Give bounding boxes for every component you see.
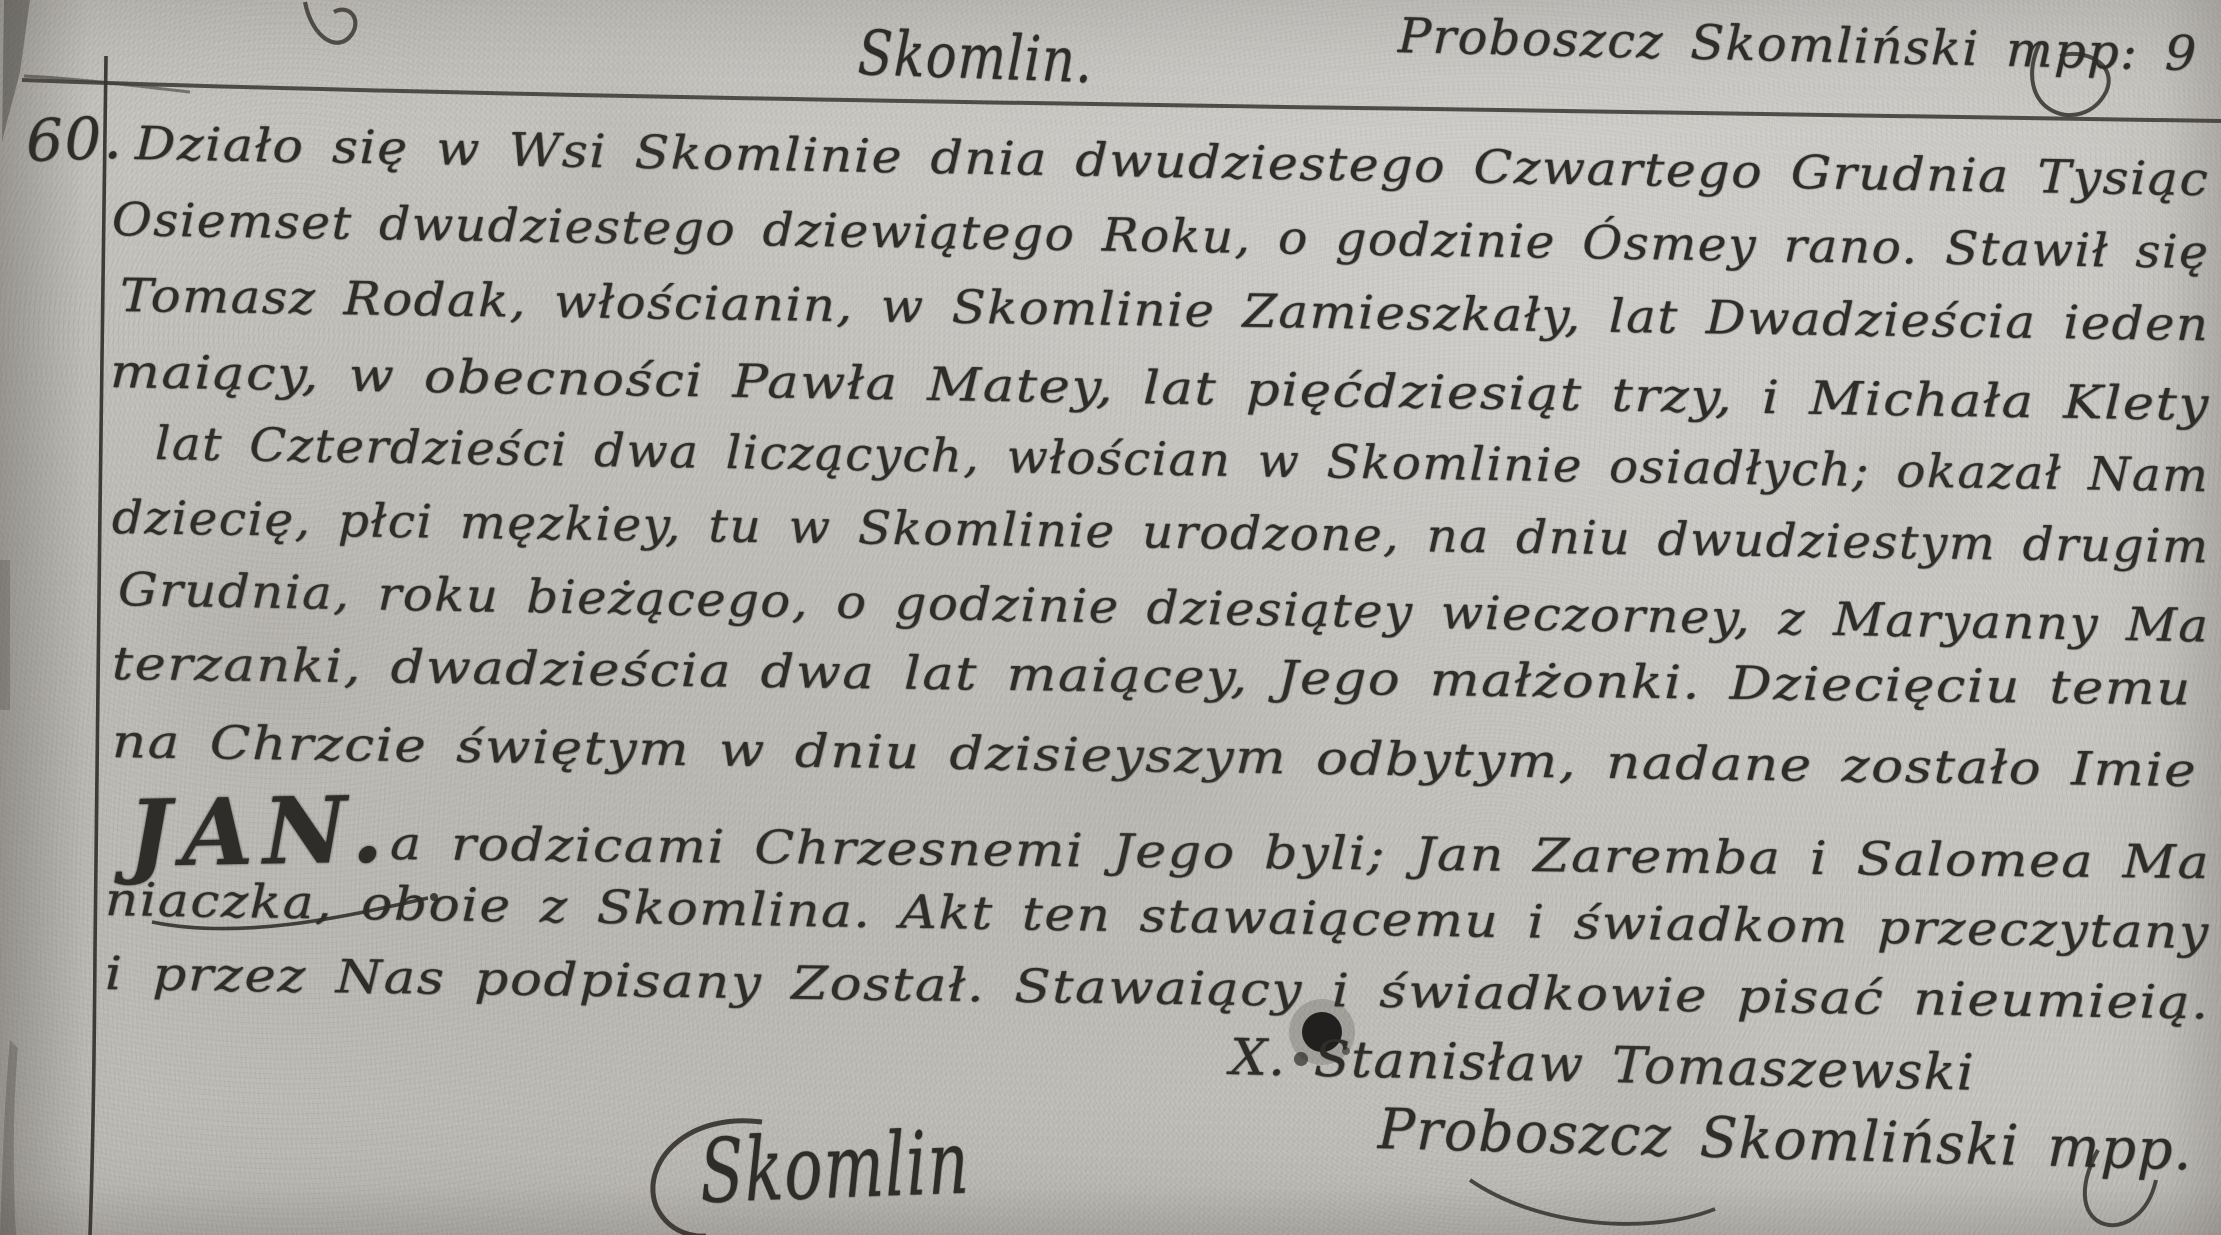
record-text-line: Grudnia, roku bieżącego, o godzinie dzie… — [118, 566, 2210, 649]
place-header: Skomlin. — [857, 22, 1094, 92]
scanned-register-page: 60. Skomlin. Proboszcz Skomliński mpp: 9… — [0, 0, 2221, 1235]
priest-note-top: Proboszcz Skomliński mpp: 9 — [1397, 12, 2198, 78]
edge-smudge-bottom — [0, 1040, 18, 1235]
record-text-line: na Chrzcie świętym w dniu dzisieyszym od… — [112, 718, 2198, 793]
signature-name: X. Stanisław Tomaszewski — [1229, 1032, 1975, 1098]
record-text-line: lat Czterdzieści dwa liczących, włościan… — [155, 420, 2210, 498]
place-footer: Skomlin — [698, 1119, 971, 1216]
record-text-line: dziecię, płci męzkiey, tu w Skomlinie ur… — [112, 494, 2210, 569]
record-text-line: niaczka, oboie z Skomlina. Akt ten stawa… — [105, 876, 2211, 955]
record-text-line: a rodzicami Chrzesnemi Jego byli; Jan Za… — [390, 820, 2211, 885]
margin-rule-line — [90, 56, 106, 1235]
edge-smudge-mid — [0, 560, 10, 710]
record-text-line: Tomasz Rodak, włościanin, w Skomlinie Za… — [120, 272, 2210, 347]
signature-title: Proboszcz Skomliński mpp. — [1377, 1102, 2193, 1179]
top-left-flourish — [305, 2, 355, 43]
record-text-line: i przez Nas podpisany Został. Stawaiący … — [105, 950, 2210, 1025]
record-number: 60. — [25, 109, 124, 170]
signature-underline-flourish — [1470, 1180, 1715, 1224]
record-text-line: Działo się w Wsi Skomlinie dnia dwudzies… — [135, 120, 2210, 202]
record-text-line: terzanki, dwadzieścia dwa lat maiącey, J… — [112, 640, 2192, 711]
rule-left-tail — [24, 76, 190, 92]
child-name: JAN. — [127, 783, 394, 880]
record-text-line: maiący, w obecności Pawła Matey, lat pię… — [110, 348, 2211, 427]
record-text-line: Osiemset dwudziestego dziewiątego Roku, … — [112, 196, 2210, 275]
top-rule-line — [22, 80, 2221, 121]
